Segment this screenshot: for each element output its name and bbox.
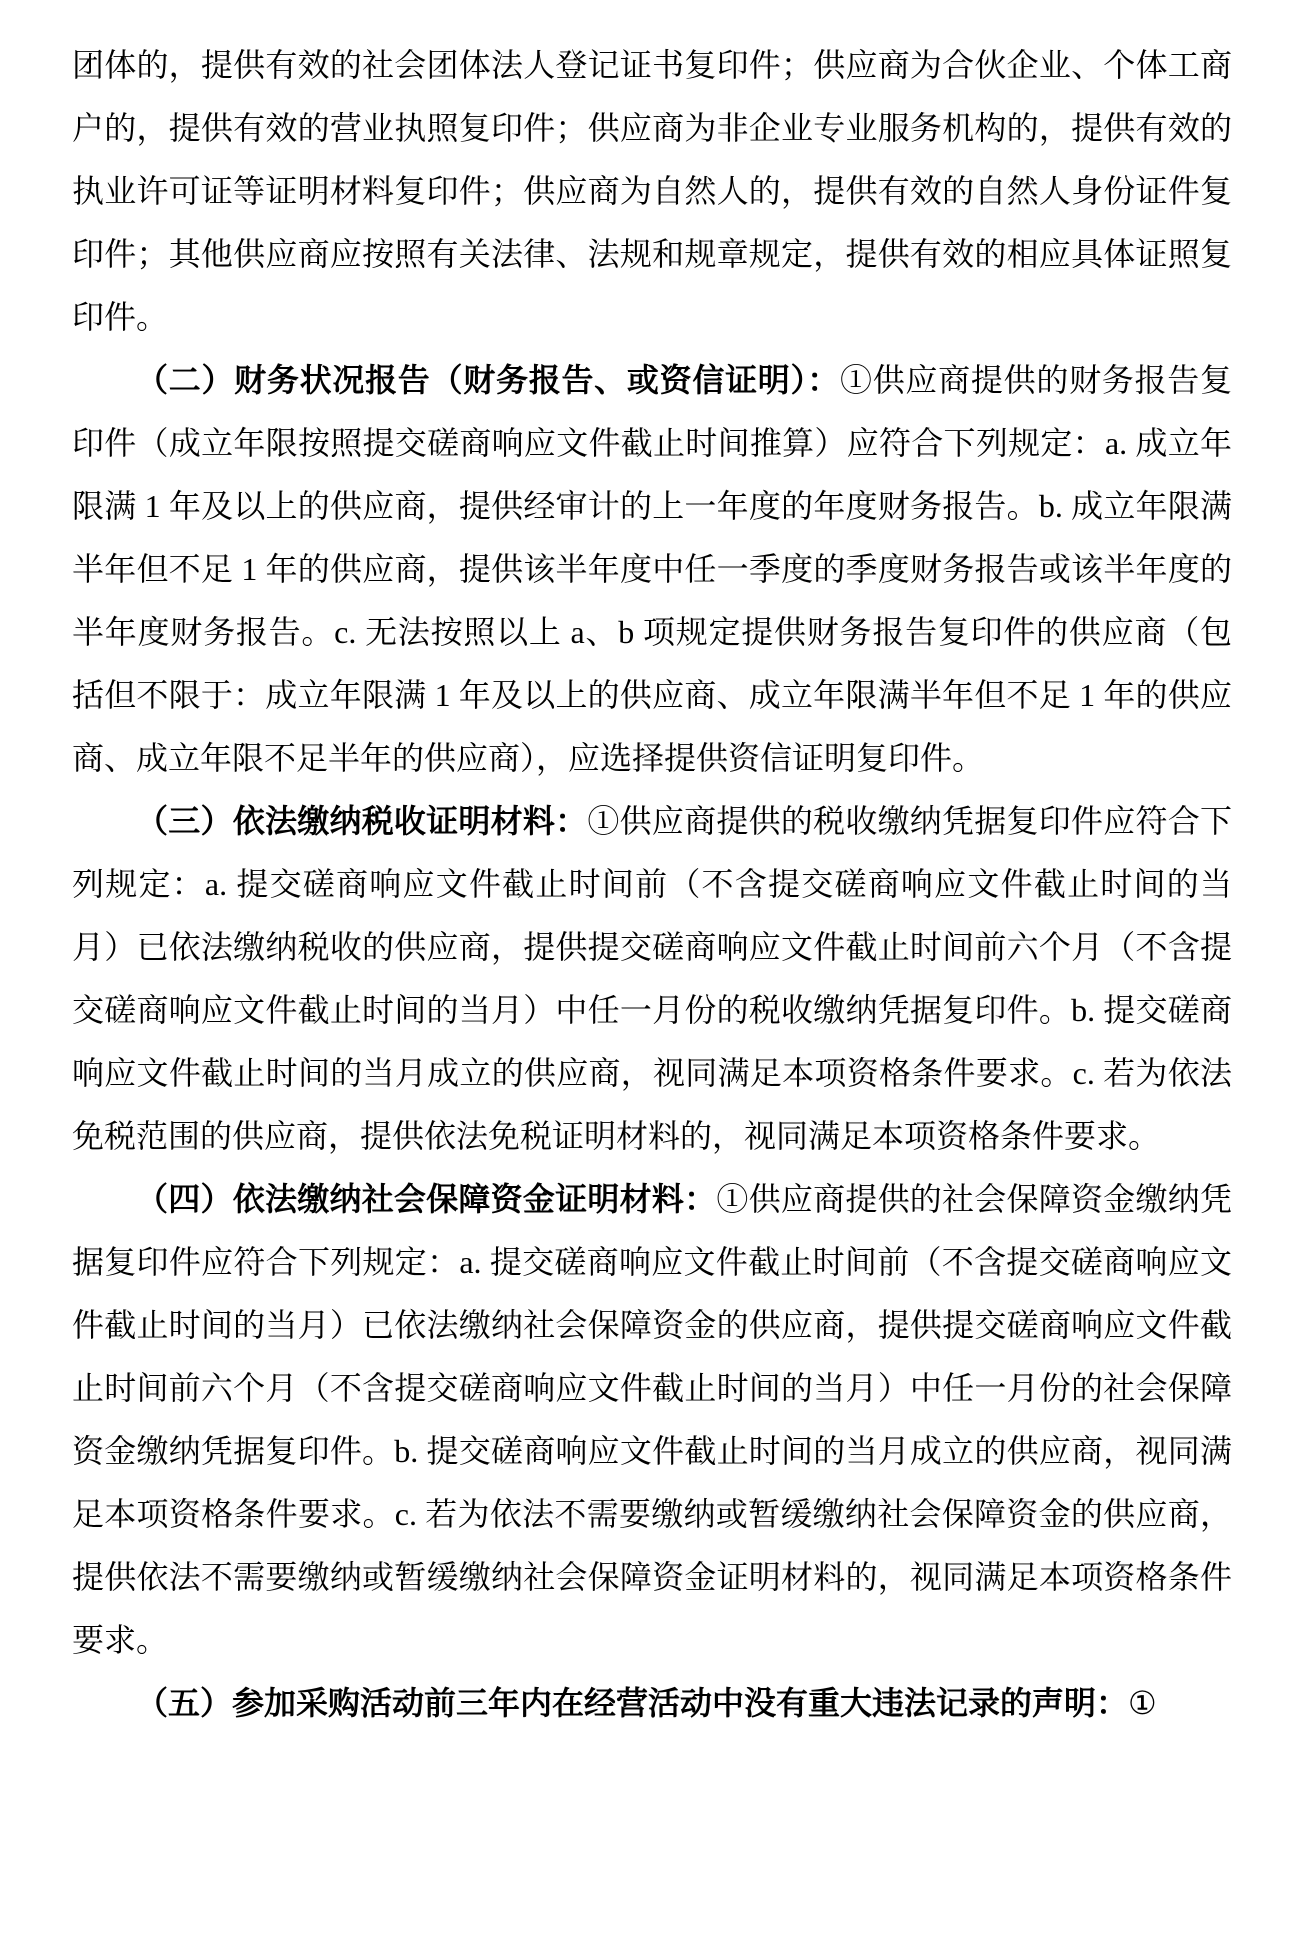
- document-page: 团体的，提供有效的社会团体法人登记证书复印件；供应商为合伙企业、个体工商户的，提…: [0, 0, 1302, 1954]
- paragraph-text: ①供应商提供的社会保障资金缴纳凭据复印件应符合下列规定：a. 提交磋商响应文件截…: [72, 1181, 1232, 1658]
- section-financial-report: （二）财务状况报告（财务报告、或资信证明）：①供应商提供的财务报告复印件（成立年…: [72, 349, 1232, 790]
- paragraph-text: 团体的，提供有效的社会团体法人登记证书复印件；供应商为合伙企业、个体工商户的，提…: [72, 47, 1232, 335]
- paragraph-text: ①: [1128, 1685, 1157, 1721]
- section-heading: （三）依法缴纳税收证明材料：: [136, 803, 587, 839]
- section-heading: （五）参加采购活动前三年内在经营活动中没有重大违法记录的声明：: [136, 1685, 1128, 1721]
- paragraph-text: ①供应商提供的税收缴纳凭据复印件应符合下列规定：a. 提交磋商响应文件截止时间前…: [72, 803, 1232, 1154]
- section-tax-payment: （三）依法缴纳税收证明材料：①供应商提供的税收缴纳凭据复印件应符合下列规定：a.…: [72, 790, 1232, 1168]
- section-no-major-violation-declaration: （五）参加采购活动前三年内在经营活动中没有重大违法记录的声明：①: [72, 1672, 1232, 1735]
- section-heading: （二）财务状况报告（财务报告、或资信证明）：: [136, 362, 840, 398]
- paragraph-text: ①供应商提供的财务报告复印件（成立年限按照提交磋商响应文件截止时间推算）应符合下…: [72, 362, 1232, 776]
- paragraph-continuation: 团体的，提供有效的社会团体法人登记证书复印件；供应商为合伙企业、个体工商户的，提…: [72, 34, 1232, 349]
- section-social-security: （四）依法缴纳社会保障资金证明材料：①供应商提供的社会保障资金缴纳凭据复印件应符…: [72, 1168, 1232, 1672]
- section-heading: （四）依法缴纳社会保障资金证明材料：: [136, 1181, 716, 1217]
